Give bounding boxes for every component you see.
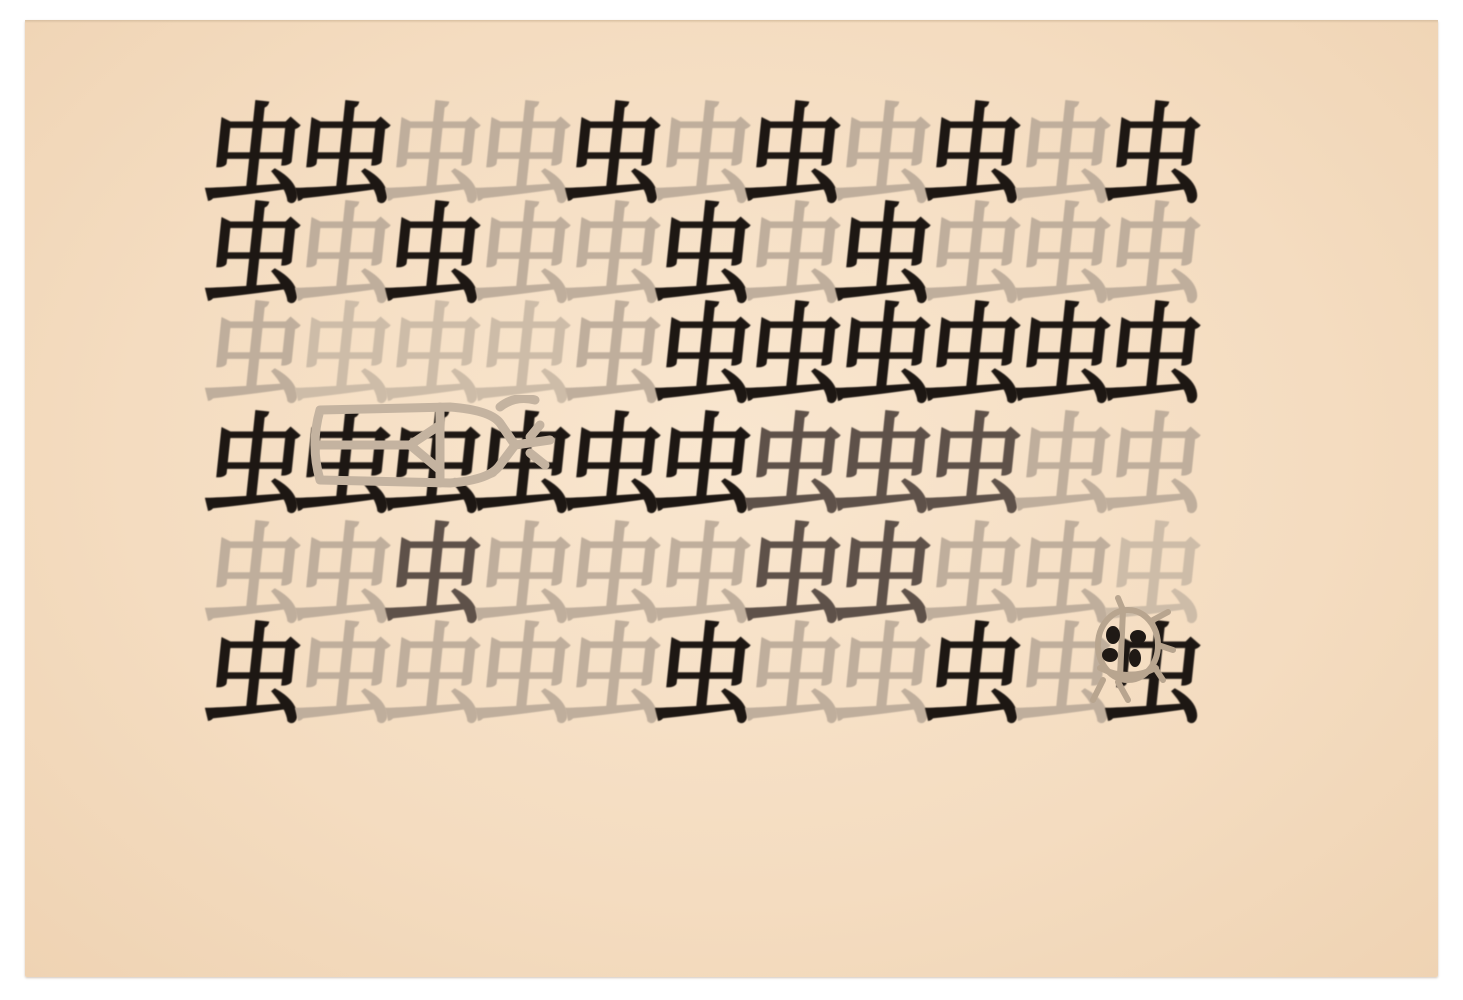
character-row: 虫虫虫虫虫虫虫虫虫虫虫: [200, 515, 1210, 625]
character-row: 虫虫虫虫虫虫虫虫虫虫虫: [200, 295, 1210, 405]
character-row: 虫虫虫虫虫虫虫虫虫虫虫: [200, 95, 1210, 205]
beetle-outline-icon: [300, 395, 565, 495]
paper-edge: [25, 20, 1438, 23]
character-row: 虫虫虫虫虫虫虫虫虫虫虫: [200, 615, 1210, 725]
ladybug-icon: [1078, 590, 1178, 710]
character-row: 虫虫虫虫虫虫虫虫虫虫虫: [200, 195, 1210, 305]
